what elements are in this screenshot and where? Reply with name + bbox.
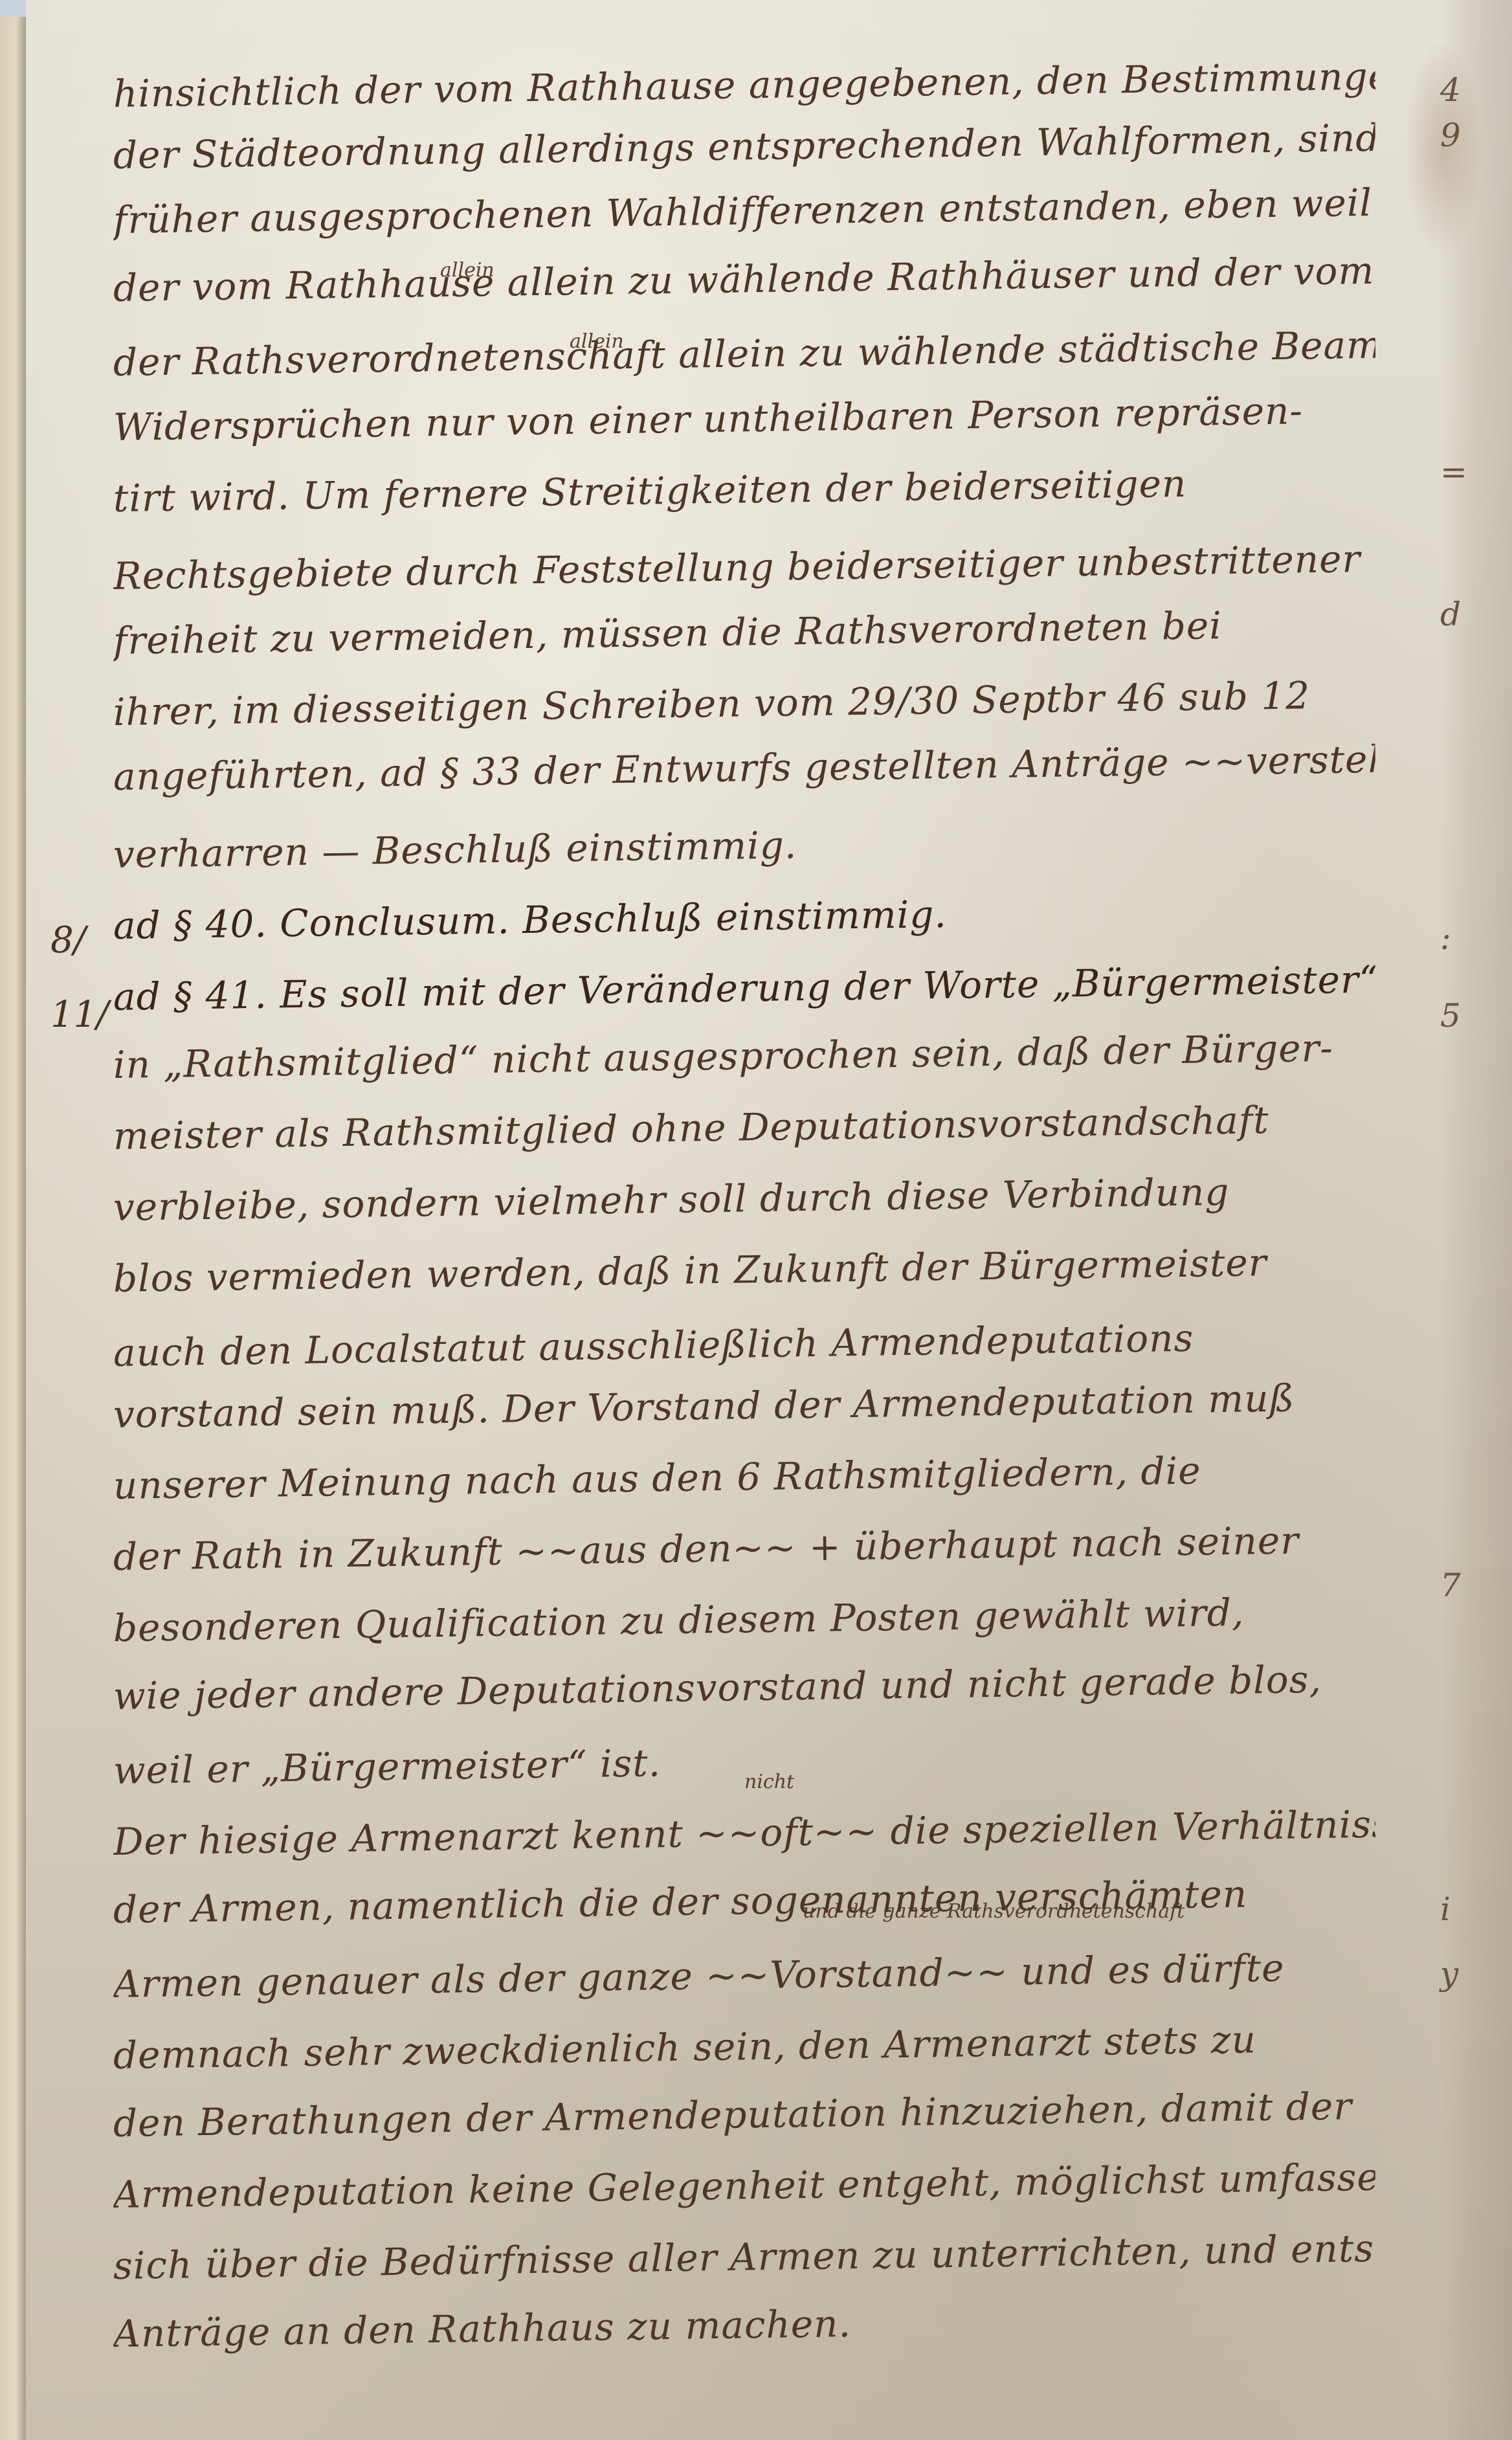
page-stack-edge — [0, 0, 28, 2440]
margin-number: 8/ — [50, 919, 86, 961]
margin-mark: 5 — [1440, 997, 1461, 1035]
margin-mark: d — [1440, 596, 1461, 633]
margin-mark: 4 — [1440, 71, 1461, 109]
margin-mark: = — [1440, 453, 1467, 491]
page-fold-shadow — [1441, 0, 1512, 2440]
margin-mark: i — [1440, 1890, 1451, 1928]
margin-mark: 7 — [1440, 1567, 1461, 1604]
margin-mark: : — [1440, 919, 1451, 957]
margin-mark: y — [1440, 1955, 1458, 1993]
margin-number: 11/ — [50, 994, 109, 1036]
margin-mark: 9 — [1440, 117, 1461, 154]
